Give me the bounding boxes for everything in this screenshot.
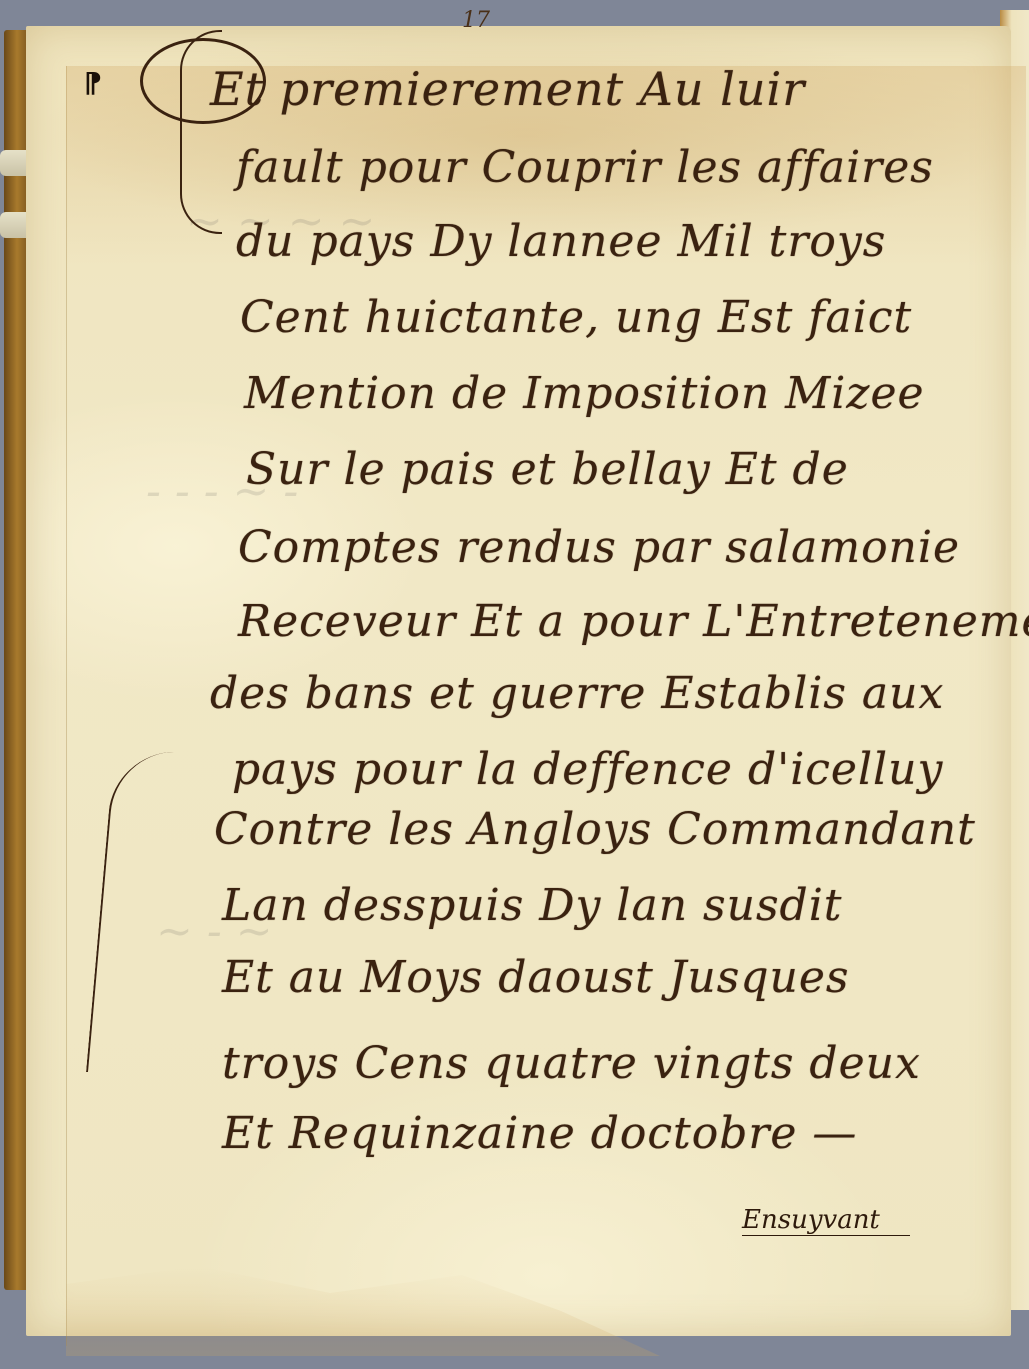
manuscript-line-1: Et premierement Au luir bbox=[210, 62, 805, 116]
manuscript-line-6: Sur le pais et bellay Et de bbox=[246, 444, 849, 495]
catchword: Ensuyvant bbox=[742, 1205, 910, 1236]
manuscript-line-11: Contre les Angloys Commandant bbox=[214, 804, 976, 855]
manuscript-line-9: des bans et guerre Establis aux bbox=[210, 668, 944, 719]
manuscript-line-7: Comptes rendus par salamonie bbox=[238, 522, 960, 573]
manuscript-line-12: Lan desspuis Dy lan susdit bbox=[222, 880, 842, 931]
manuscript-line-10: pays pour la deffence d'icelluy bbox=[232, 744, 943, 795]
initial-descender-flourish bbox=[180, 30, 222, 234]
manuscript-line-14: troys Cens quatre vingts deux bbox=[222, 1038, 921, 1089]
manuscript-line-2: fault pour Couprir les affaires bbox=[236, 142, 934, 193]
manuscript-line-5: Mention de Imposition Mizee bbox=[244, 368, 925, 419]
manuscript-line-4: Cent huictante, ung Est faict bbox=[240, 292, 912, 343]
manuscript-line-3: du pays Dy lannee Mil troys bbox=[236, 216, 886, 267]
folio-number: 17 bbox=[462, 8, 490, 33]
manuscript-line-15: Et Requinzaine doctobre — bbox=[222, 1108, 857, 1159]
manuscript-line-13: Et au Moys daoust Jusques bbox=[222, 952, 849, 1003]
manuscript-line-8: Receveur Et a pour L'Entretenement bbox=[238, 596, 1029, 647]
paragraph-mark: ⁋ bbox=[84, 66, 102, 99]
